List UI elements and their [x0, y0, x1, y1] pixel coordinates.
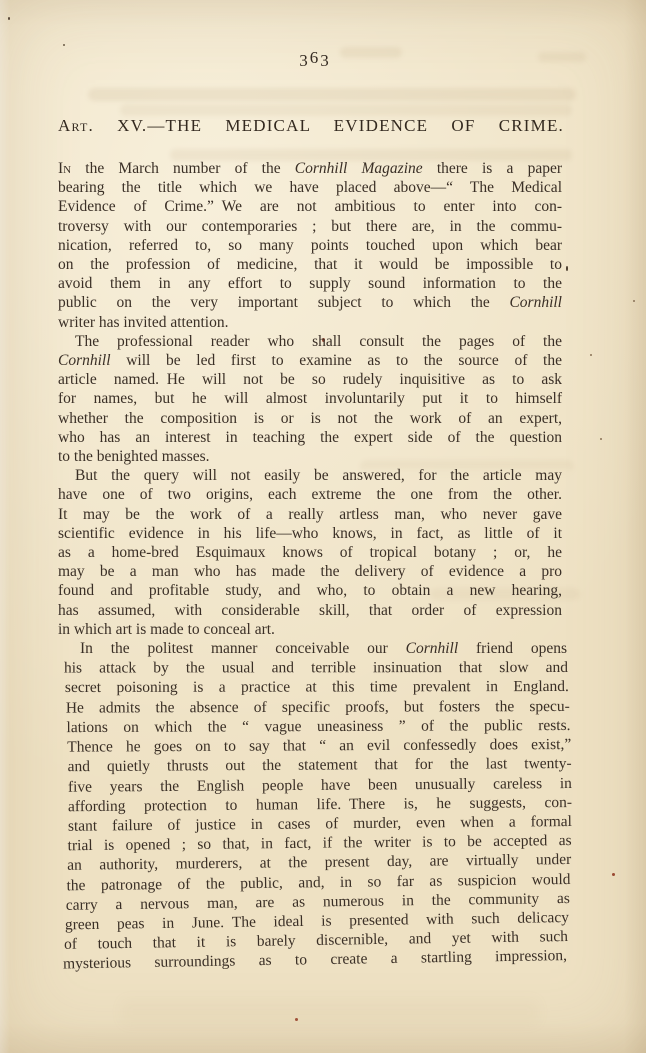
text-line: scientific evidence in his life—who know… — [58, 524, 562, 543]
text-line: may be a man who has made the delivery o… — [58, 562, 562, 581]
text-line: for names, but he will almost involuntar… — [58, 389, 562, 408]
show-through-smudge — [120, 998, 540, 1026]
show-through-smudge — [120, 104, 572, 116]
page-number: 363 — [0, 48, 638, 68]
paragraph: In the March number of the Cornhill Maga… — [58, 159, 562, 332]
text-line: The professional reader who shall consul… — [58, 332, 562, 351]
article-title: Art. XV.—THE MEDICAL EVIDENCE OF CRIME. — [58, 116, 564, 136]
text-line: have one of two origins, each extreme th… — [58, 485, 562, 504]
text-line: and quietly thrusts out the statement th… — [68, 754, 572, 776]
book-page: 363 Art. XV.—THE MEDICAL EVIDENCE OF CRI… — [0, 0, 646, 1053]
paper-speck — [63, 44, 65, 46]
text-line: But the query will not easily be answere… — [58, 466, 562, 485]
text-line: He admits the absence of specific proofs… — [66, 697, 570, 718]
paragraph: In the politest manner conceivable our C… — [58, 639, 562, 965]
paper-speck — [600, 438, 602, 440]
text-line: avoid them in any effort to supply sound… — [58, 274, 562, 293]
text-line: who has an interest in teaching the expe… — [58, 428, 562, 447]
page-number-digit: 3 — [299, 51, 310, 70]
text-line: secret poisoning is a practice at this t… — [65, 677, 569, 697]
article-body: In the March number of the Cornhill Maga… — [58, 159, 562, 966]
text-line: It may be the work of a really artless m… — [58, 505, 562, 524]
text-line: article named. He will not be so rudely … — [58, 370, 562, 389]
text-line: bearing the title which we have placed a… — [58, 178, 562, 197]
text-line: nication, referred to, so many points to… — [58, 236, 562, 255]
text-line: lations on which the “ vague uneasiness … — [66, 716, 570, 737]
text-line: whether the composition is or is not the… — [58, 409, 562, 428]
paper-speck — [8, 17, 10, 20]
text-line: In the politest manner conceivable our C… — [63, 639, 567, 658]
text-line: his attack by the usual and terrible ins… — [64, 658, 568, 678]
paper-speck — [295, 1018, 298, 1021]
text-line: in which art is made to conceal art. — [58, 620, 562, 639]
text-line: as a home-bred Esquimaux knows of tropic… — [58, 543, 562, 562]
paragraph: But the query will not easily be answere… — [58, 466, 562, 639]
page-number-digit: 6 — [310, 48, 321, 67]
text-line: has assumed, with considerable skill, th… — [58, 601, 562, 620]
text-line: troversy with our contemporaries ; but t… — [58, 217, 562, 236]
text-line: Cornhill will be led first to examine as… — [58, 351, 562, 370]
paper-speck — [566, 266, 568, 271]
text-line: found and profitable study, and who, to … — [58, 581, 562, 600]
text-line: to the benighted masses. — [58, 447, 562, 466]
text-line: on the profession of medicine, that it w… — [58, 255, 562, 274]
page-number-digit: 3 — [320, 51, 331, 70]
text-line: writer has invited attention. — [58, 313, 562, 332]
text-line: public on the very important subject to … — [58, 293, 562, 312]
paper-speck — [612, 873, 615, 876]
text-line: In the March number of the Cornhill Maga… — [58, 159, 562, 178]
show-through-smudge — [88, 88, 576, 101]
paper-speck — [633, 300, 635, 302]
paper-speck — [590, 354, 592, 356]
text-line: Evidence of Crime.” We are not ambitious… — [58, 197, 562, 216]
paragraph: The professional reader who shall consul… — [58, 332, 562, 466]
